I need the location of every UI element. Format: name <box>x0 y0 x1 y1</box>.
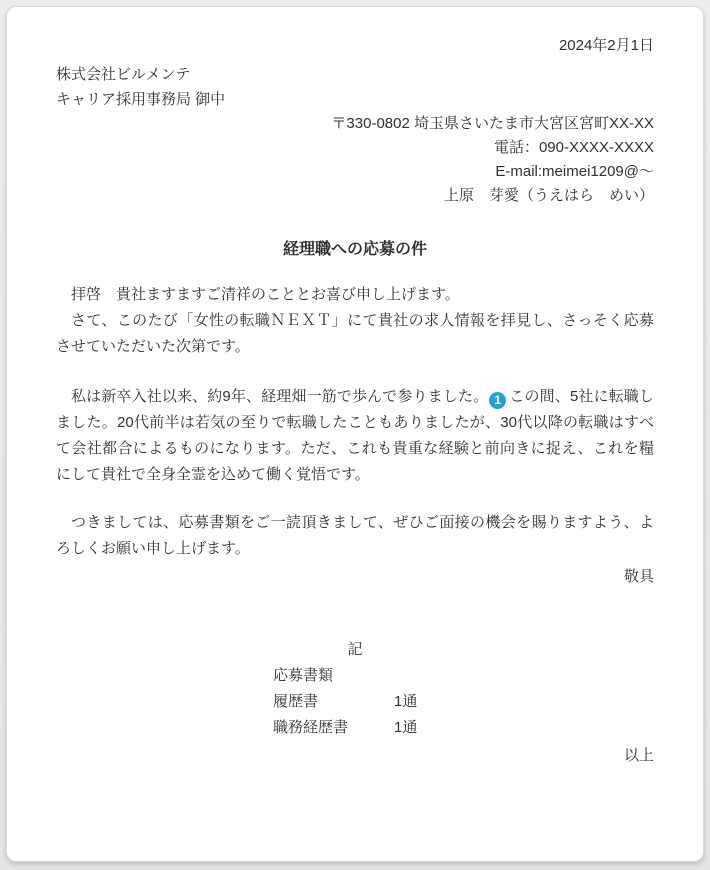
sender-address: 〒330-0802 埼玉県さいたま市大宮区宮町XX-XX <box>56 112 654 136</box>
closing-salutation: 敬具 <box>56 564 654 590</box>
enclosure-item-resume: 履歴書1通 <box>273 689 654 715</box>
closing-marker: 以上 <box>56 743 654 769</box>
letter-subject: 経理職への応募の件 <box>56 237 654 263</box>
enclosure-list-title: 応募書類 <box>273 663 654 689</box>
body-text-before-marker: 私は新卒入社以来、約9年、経理畑一筋で歩んで参りました。 <box>71 388 488 405</box>
letter-date: 2024年2月1日 <box>56 33 654 59</box>
annotation-marker-1-icon: 1 <box>489 392 506 409</box>
sender-email: E-mail:meimei1209@～ <box>56 160 654 184</box>
sender-phone: 電話：090-XXXX-XXXX <box>56 136 654 160</box>
enclosure-list: 応募書類 履歴書1通 職務経歴書1通 <box>273 663 654 741</box>
enclosure-item-count: 1通 <box>394 693 417 710</box>
recipient-block: 株式会社ビルメンテ キャリア採用事務局 御中 <box>56 62 654 112</box>
recipient-company: 株式会社ビルメンテ <box>56 62 654 87</box>
letter-document: 2024年2月1日 株式会社ビルメンテ キャリア採用事務局 御中 〒330-08… <box>6 6 704 862</box>
sender-name: 上原 芽愛（うえはら めい） <box>56 184 654 208</box>
greeting-paragraph: 拝啓 貴社ますますご清祥のこととお喜び申し上げます。 <box>56 282 654 308</box>
recipient-department: キャリア採用事務局 御中 <box>56 87 654 112</box>
enclosure-item-label: 職務経歴書 <box>273 715 394 741</box>
intro-paragraph: さて、このたび「女性の転職ＮＥＸＴ」にて貴社の求人情報を拝見し、さっそく応募させ… <box>56 308 654 360</box>
enclosure-heading: 記 <box>56 637 654 663</box>
enclosure-item-career-history: 職務経歴書1通 <box>273 715 654 741</box>
page-background: 2024年2月1日 株式会社ビルメンテ キャリア採用事務局 御中 〒330-08… <box>0 0 710 870</box>
body-paragraph: 私は新卒入社以来、約9年、経理畑一筋で歩んで参りました。1この間、5社に転職しま… <box>56 384 654 488</box>
sender-block: 〒330-0802 埼玉県さいたま市大宮区宮町XX-XX 電話：090-XXXX… <box>56 112 654 208</box>
enclosure-item-label: 履歴書 <box>273 689 394 715</box>
closing-paragraph: つきましては、応募書類をご一読頂きまして、ぜひご面接の機会を賜りますよう、よろし… <box>56 510 654 562</box>
enclosure-item-count: 1通 <box>394 719 417 736</box>
